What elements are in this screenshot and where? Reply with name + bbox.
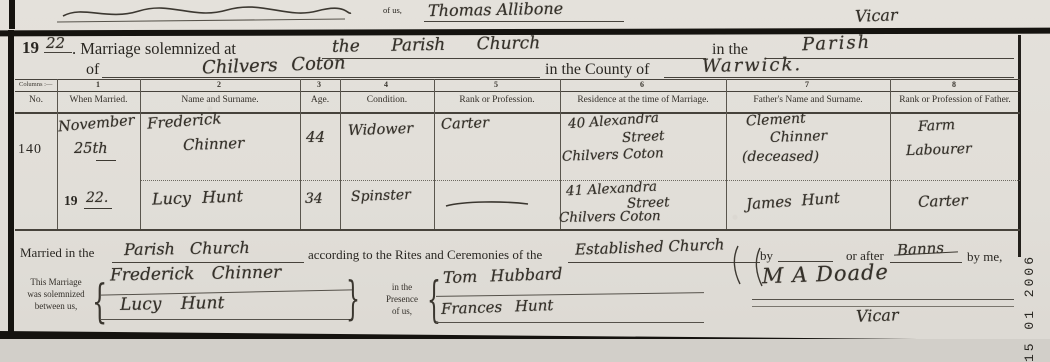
year-underline bbox=[84, 208, 112, 209]
groom-residence-line2: Street bbox=[622, 128, 665, 146]
witness2-signature-rule bbox=[436, 322, 704, 323]
parish-handwritten: Chilvers Coton bbox=[202, 53, 346, 79]
this-marriage-label-line2: was solemnized bbox=[16, 288, 96, 300]
when-married-month: November bbox=[57, 113, 135, 136]
column-number-4: 4 bbox=[384, 80, 388, 89]
place-handwritten: the Parish Church bbox=[332, 33, 541, 57]
county-blank-rule bbox=[664, 77, 1014, 78]
day-underline bbox=[96, 160, 116, 161]
groom-father-line2: Chinner bbox=[770, 128, 828, 146]
table-top-rule bbox=[15, 79, 1020, 80]
officiant-signature-rule bbox=[752, 299, 1014, 300]
groom-rank: Carter bbox=[441, 115, 490, 133]
presence-label-line3: of us, bbox=[374, 305, 430, 317]
bride-rank-dash bbox=[444, 198, 530, 210]
place-blank-rule bbox=[322, 58, 706, 59]
groom-father-line3: (deceased) bbox=[742, 149, 819, 165]
prev-witness-signature: Thomas Allibone bbox=[428, 0, 563, 20]
bride-father: James Hunt bbox=[745, 189, 840, 214]
witness1-signature: Tom Hubbard bbox=[443, 264, 563, 287]
bride-residence-line3: Chilvers Coton bbox=[559, 208, 661, 226]
left-border-top-fragment bbox=[9, 0, 15, 29]
parish-blank-rule bbox=[102, 77, 540, 78]
solemnized-at-label: . Marriage solemnized at bbox=[72, 39, 236, 59]
bride-signature: Lucy Hunt bbox=[120, 293, 225, 315]
open-brace-witnesses: { bbox=[427, 274, 441, 329]
prev-signature-rule bbox=[424, 21, 624, 22]
witness2-signature: Frances Hunt bbox=[441, 296, 554, 318]
column-number-7: 7 bbox=[805, 80, 809, 89]
this-marriage-label-line1: This Marriage bbox=[16, 276, 96, 288]
groom-name-line2: Chinner bbox=[183, 134, 245, 154]
header-no: No. bbox=[15, 95, 57, 105]
column-number-6: 6 bbox=[640, 80, 644, 89]
entry-number: 140 bbox=[18, 142, 42, 158]
open-brace-couple: { bbox=[92, 275, 107, 328]
year-blank-rule bbox=[44, 52, 72, 53]
officiant-title: Vicar bbox=[856, 305, 899, 325]
officiant-signature: M A Doade bbox=[762, 260, 890, 288]
prev-vicar-title: Vicar bbox=[855, 5, 898, 25]
banns-handwritten: Banns bbox=[897, 239, 945, 259]
by-me-label: by me, bbox=[967, 249, 1002, 265]
groom-age: 44 bbox=[306, 128, 325, 146]
when-married-day: 25th bbox=[74, 141, 108, 157]
close-brace-couple: } bbox=[346, 274, 360, 327]
header-rank-profession: Rank or Profession. bbox=[434, 95, 560, 105]
when-married-year-prefix: 19 bbox=[64, 193, 78, 209]
column-number-1: 1 bbox=[96, 80, 100, 89]
county-handwritten: Warwick. bbox=[702, 54, 803, 77]
marriage-register-scan: of us, Thomas Allibone Vicar 19 22 . Mar… bbox=[0, 0, 1050, 362]
bride-name: Lucy Hunt bbox=[152, 186, 244, 208]
presence-label-line1: in the bbox=[374, 281, 430, 293]
witness1-signature-rule bbox=[436, 292, 704, 297]
groom-residence-line3: Chilvers Coton bbox=[562, 145, 664, 165]
year-handwritten: 22 bbox=[46, 34, 65, 52]
bride-age: 34 bbox=[305, 191, 323, 207]
table-bottom-rule bbox=[15, 229, 1020, 231]
married-in-label: Married in the bbox=[20, 245, 94, 261]
groom-father-rank-line1: Farm bbox=[918, 117, 956, 135]
bride-condition: Spinster bbox=[351, 187, 411, 205]
groom-father-line1: Clement bbox=[746, 110, 806, 129]
groom-signature: Frederick Chinner bbox=[110, 263, 282, 286]
prev-of-us-label: of us, bbox=[383, 5, 402, 15]
bride-signature-rule bbox=[100, 319, 352, 320]
column-number-8: 8 bbox=[952, 80, 956, 89]
archive-date-stamp: 15 01 2006 bbox=[1022, 254, 1048, 362]
of-label: of bbox=[86, 61, 99, 79]
header-age: Age. bbox=[300, 95, 340, 105]
header-condition: Condition. bbox=[340, 95, 434, 105]
this-marriage-label-line3: between us, bbox=[16, 300, 96, 312]
presence-label-line2: Presence bbox=[374, 293, 430, 305]
header-father-name: Father's Name and Surname. bbox=[726, 95, 890, 105]
groom-father-rank-line2: Labourer bbox=[906, 141, 972, 159]
next-page-edge bbox=[0, 339, 1050, 362]
header-name-surname: Name and Surname. bbox=[140, 95, 300, 105]
groom-name-line1: Frederick bbox=[146, 109, 221, 132]
county-label: in the County of bbox=[545, 61, 649, 79]
rites-label: according to the Rites and Ceremonies of… bbox=[308, 247, 542, 263]
colnum-bottom-rule bbox=[15, 91, 1020, 92]
bride-father-rank: Carter bbox=[918, 191, 968, 211]
header-residence: Residence at the time of Marriage. bbox=[560, 95, 726, 105]
district-handwritten: Parish bbox=[802, 32, 872, 55]
groom-condition: Widower bbox=[348, 121, 414, 139]
when-married-year: 22. bbox=[86, 190, 108, 206]
column-number-5: 5 bbox=[494, 80, 498, 89]
row-divider-dotted bbox=[140, 180, 1020, 181]
left-heavy-border bbox=[8, 30, 14, 340]
right-border bbox=[1018, 35, 1021, 257]
column-number-3: 3 bbox=[317, 80, 321, 89]
district-blank-rule bbox=[766, 58, 1014, 59]
year-prefix-printed: 19 bbox=[22, 38, 39, 58]
ceremony-place-handwritten: Parish Church bbox=[124, 238, 250, 259]
header-father-rank: Rank or Profession of Father. bbox=[890, 95, 1020, 105]
header-when-married: When Married. bbox=[57, 95, 140, 105]
illegible-handwriting-scribble bbox=[55, 2, 355, 26]
column-number-2: 2 bbox=[217, 80, 221, 89]
banns-rule bbox=[890, 262, 962, 263]
columns-caption: Columns :— bbox=[19, 81, 52, 88]
church-handwritten: Established Church bbox=[575, 235, 725, 258]
